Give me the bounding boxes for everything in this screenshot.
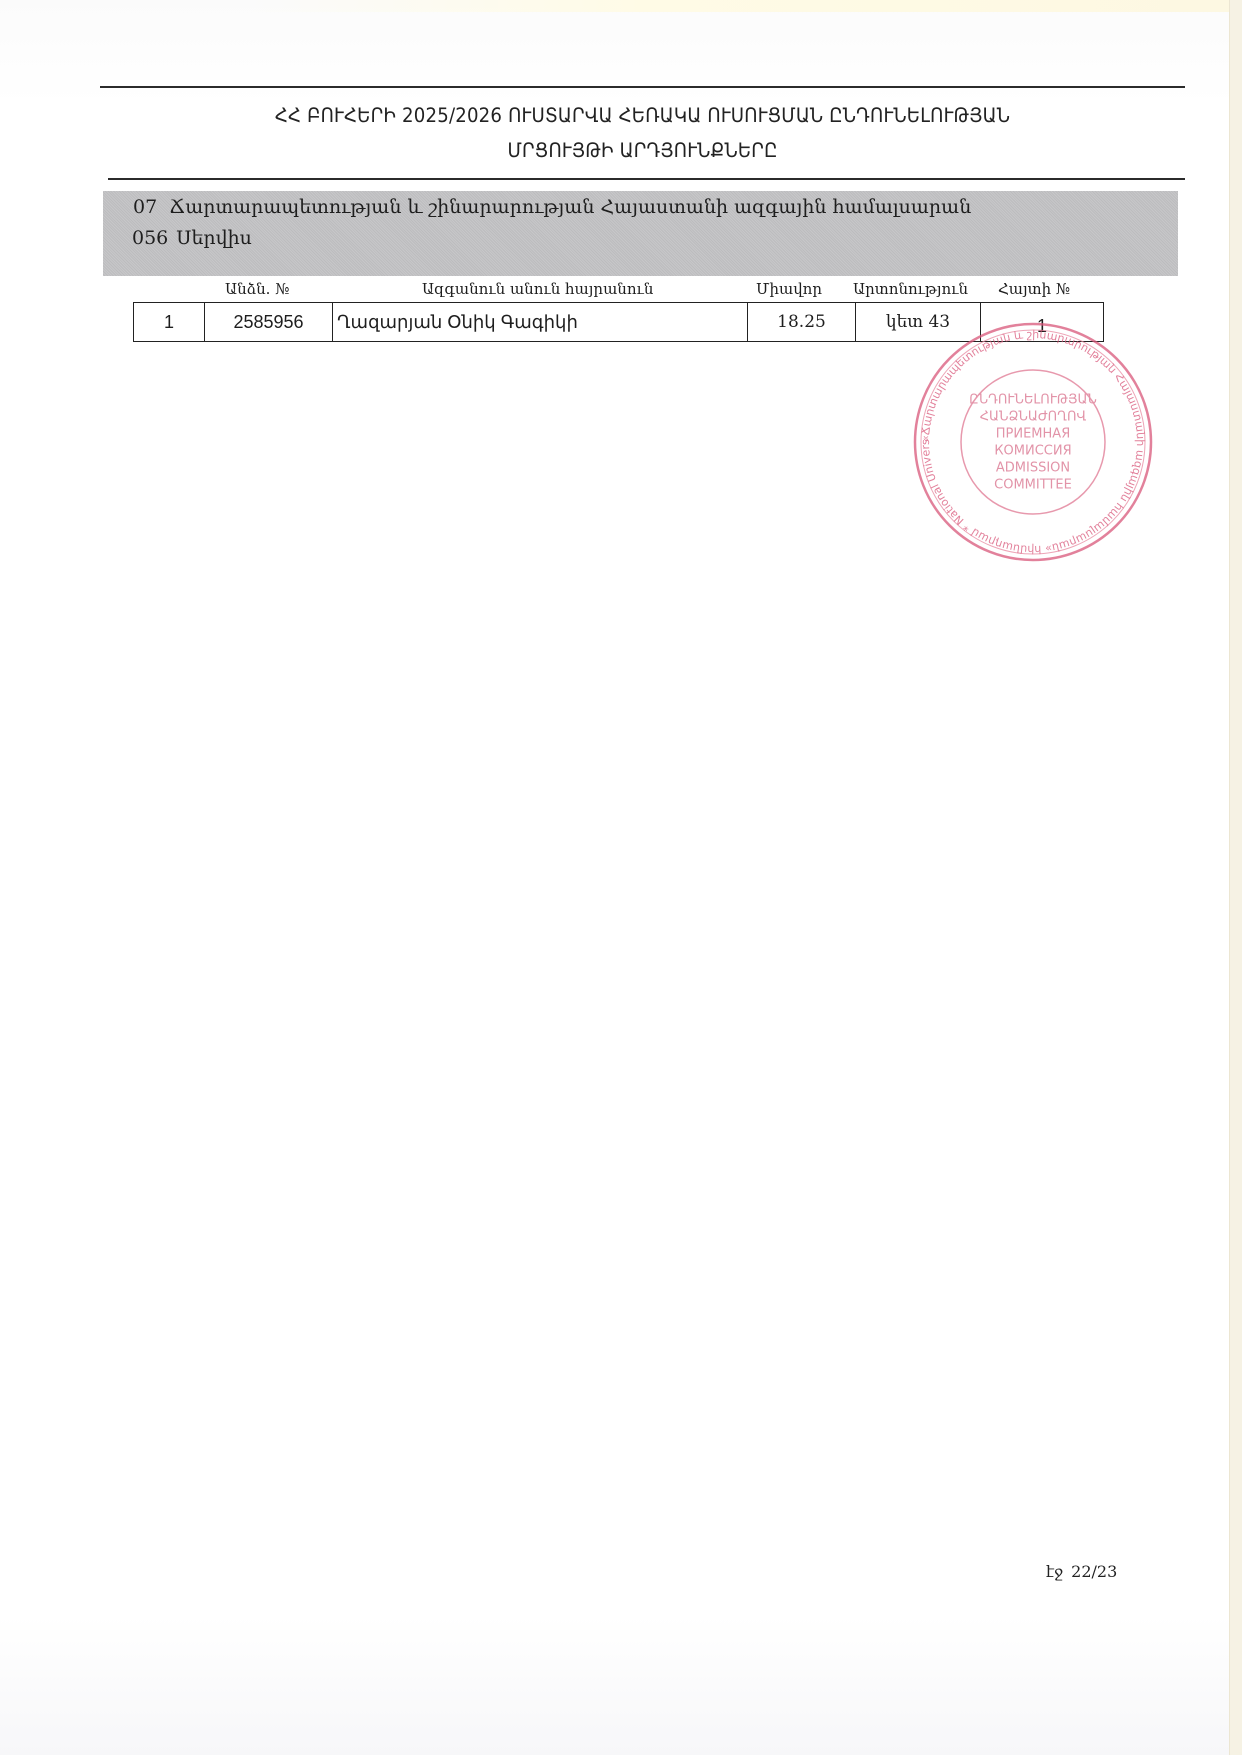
column-header-score: Միավոր bbox=[756, 280, 822, 298]
column-header-privilege: Արտոնություն bbox=[853, 280, 968, 298]
page-number: էջ22/23 bbox=[1046, 1562, 1117, 1581]
scan-edge-tint bbox=[250, 0, 1242, 12]
document-title: ՀՀ ԲՈՒՀԵՐԻ 2025/2026 ՈՒՍՏԱՐՎԱ ՀԵՌԱԿԱ ՈՒՍ… bbox=[138, 98, 1147, 168]
application-number: 1 bbox=[981, 303, 1104, 342]
title-line-1: ՀՀ ԲՈՒՀԵՐԻ 2025/2026 ՈՒՍՏԱՐՎԱ ՀԵՌԱԿԱ ՈՒՍ… bbox=[138, 98, 1147, 133]
specialty-name: Սերվիս bbox=[176, 227, 252, 249]
university-code: 07 bbox=[133, 196, 157, 218]
specialty-line: 056Սերվիս bbox=[132, 227, 252, 249]
page-label: էջ bbox=[1046, 1562, 1063, 1581]
scan-edge-strip bbox=[1229, 0, 1242, 1755]
applicant-name: Ղազարյան Օնիկ Գագիկի bbox=[333, 303, 748, 342]
svg-text:КОМИССИЯ: КОМИССИЯ bbox=[994, 444, 1071, 459]
results-table: 1 2585956 Ղազարյան Օնիկ Գագիկի 18.25 կետ… bbox=[133, 302, 1104, 342]
header-bottom-rule bbox=[108, 178, 1185, 180]
svg-text:ՀԱՆՁՆԱԺՈՂՈՎ: ՀԱՆՁՆԱԺՈՂՈՎ bbox=[980, 410, 1087, 425]
title-line-2: ՄՐՑՈՒՅԹԻ ԱՐԴՅՈՒՆՔՆԵՐԸ bbox=[138, 133, 1147, 168]
svg-text:«Ճարտարապետության և շինարարութ: «Ճարտարապետության և շինարարության Հայաստ… bbox=[902, 322, 1147, 556]
column-header-id: Անձն. № bbox=[225, 280, 289, 298]
applicant-score: 18.25 bbox=[748, 303, 856, 342]
svg-text:COMMITTEE: COMMITTEE bbox=[994, 478, 1072, 493]
svg-text:ПРИЕМНАЯ: ПРИЕМНАЯ bbox=[996, 427, 1070, 442]
applicant-privilege: կետ 43 bbox=[856, 303, 981, 342]
header-top-rule bbox=[100, 86, 1185, 88]
university-line: 07Ճարտարապետության և շինարարության Հայաս… bbox=[133, 196, 971, 218]
table-row: 1 2585956 Ղազարյան Օնիկ Գագիկի 18.25 կետ… bbox=[134, 303, 1104, 342]
admission-committee-stamp-icon: «Ճարտարապետության և շինարարության Հայաստ… bbox=[902, 322, 1164, 562]
specialty-code: 056 bbox=[132, 227, 168, 249]
row-number: 1 bbox=[134, 303, 205, 342]
section-header-band: 07Ճարտարապետության և շինարարության Հայաս… bbox=[103, 191, 1178, 276]
applicant-id: 2585956 bbox=[205, 303, 333, 342]
document-page: ՀՀ ԲՈՒՀԵՐԻ 2025/2026 ՈՒՍՏԱՐՎԱ ՀԵՌԱԿԱ ՈՒՍ… bbox=[0, 0, 1242, 1755]
table-column-headers: Անձն. № Ազգանուն անուն հայրանուն Միավոր … bbox=[0, 280, 1242, 302]
university-name: Ճարտարապետության և շինարարության Հայաստա… bbox=[169, 196, 971, 218]
column-header-name: Ազգանուն անուն հայրանուն bbox=[422, 280, 653, 298]
svg-text:ADMISSION: ADMISSION bbox=[996, 461, 1070, 476]
column-header-application-no: Հայտի № bbox=[998, 280, 1070, 298]
page-value: 22/23 bbox=[1071, 1562, 1117, 1581]
svg-text:ԸՆԴՈՒՆԵԼՈՒԹՅԱՆ: ԸՆԴՈՒՆԵԼՈՒԹՅԱՆ bbox=[969, 393, 1097, 408]
